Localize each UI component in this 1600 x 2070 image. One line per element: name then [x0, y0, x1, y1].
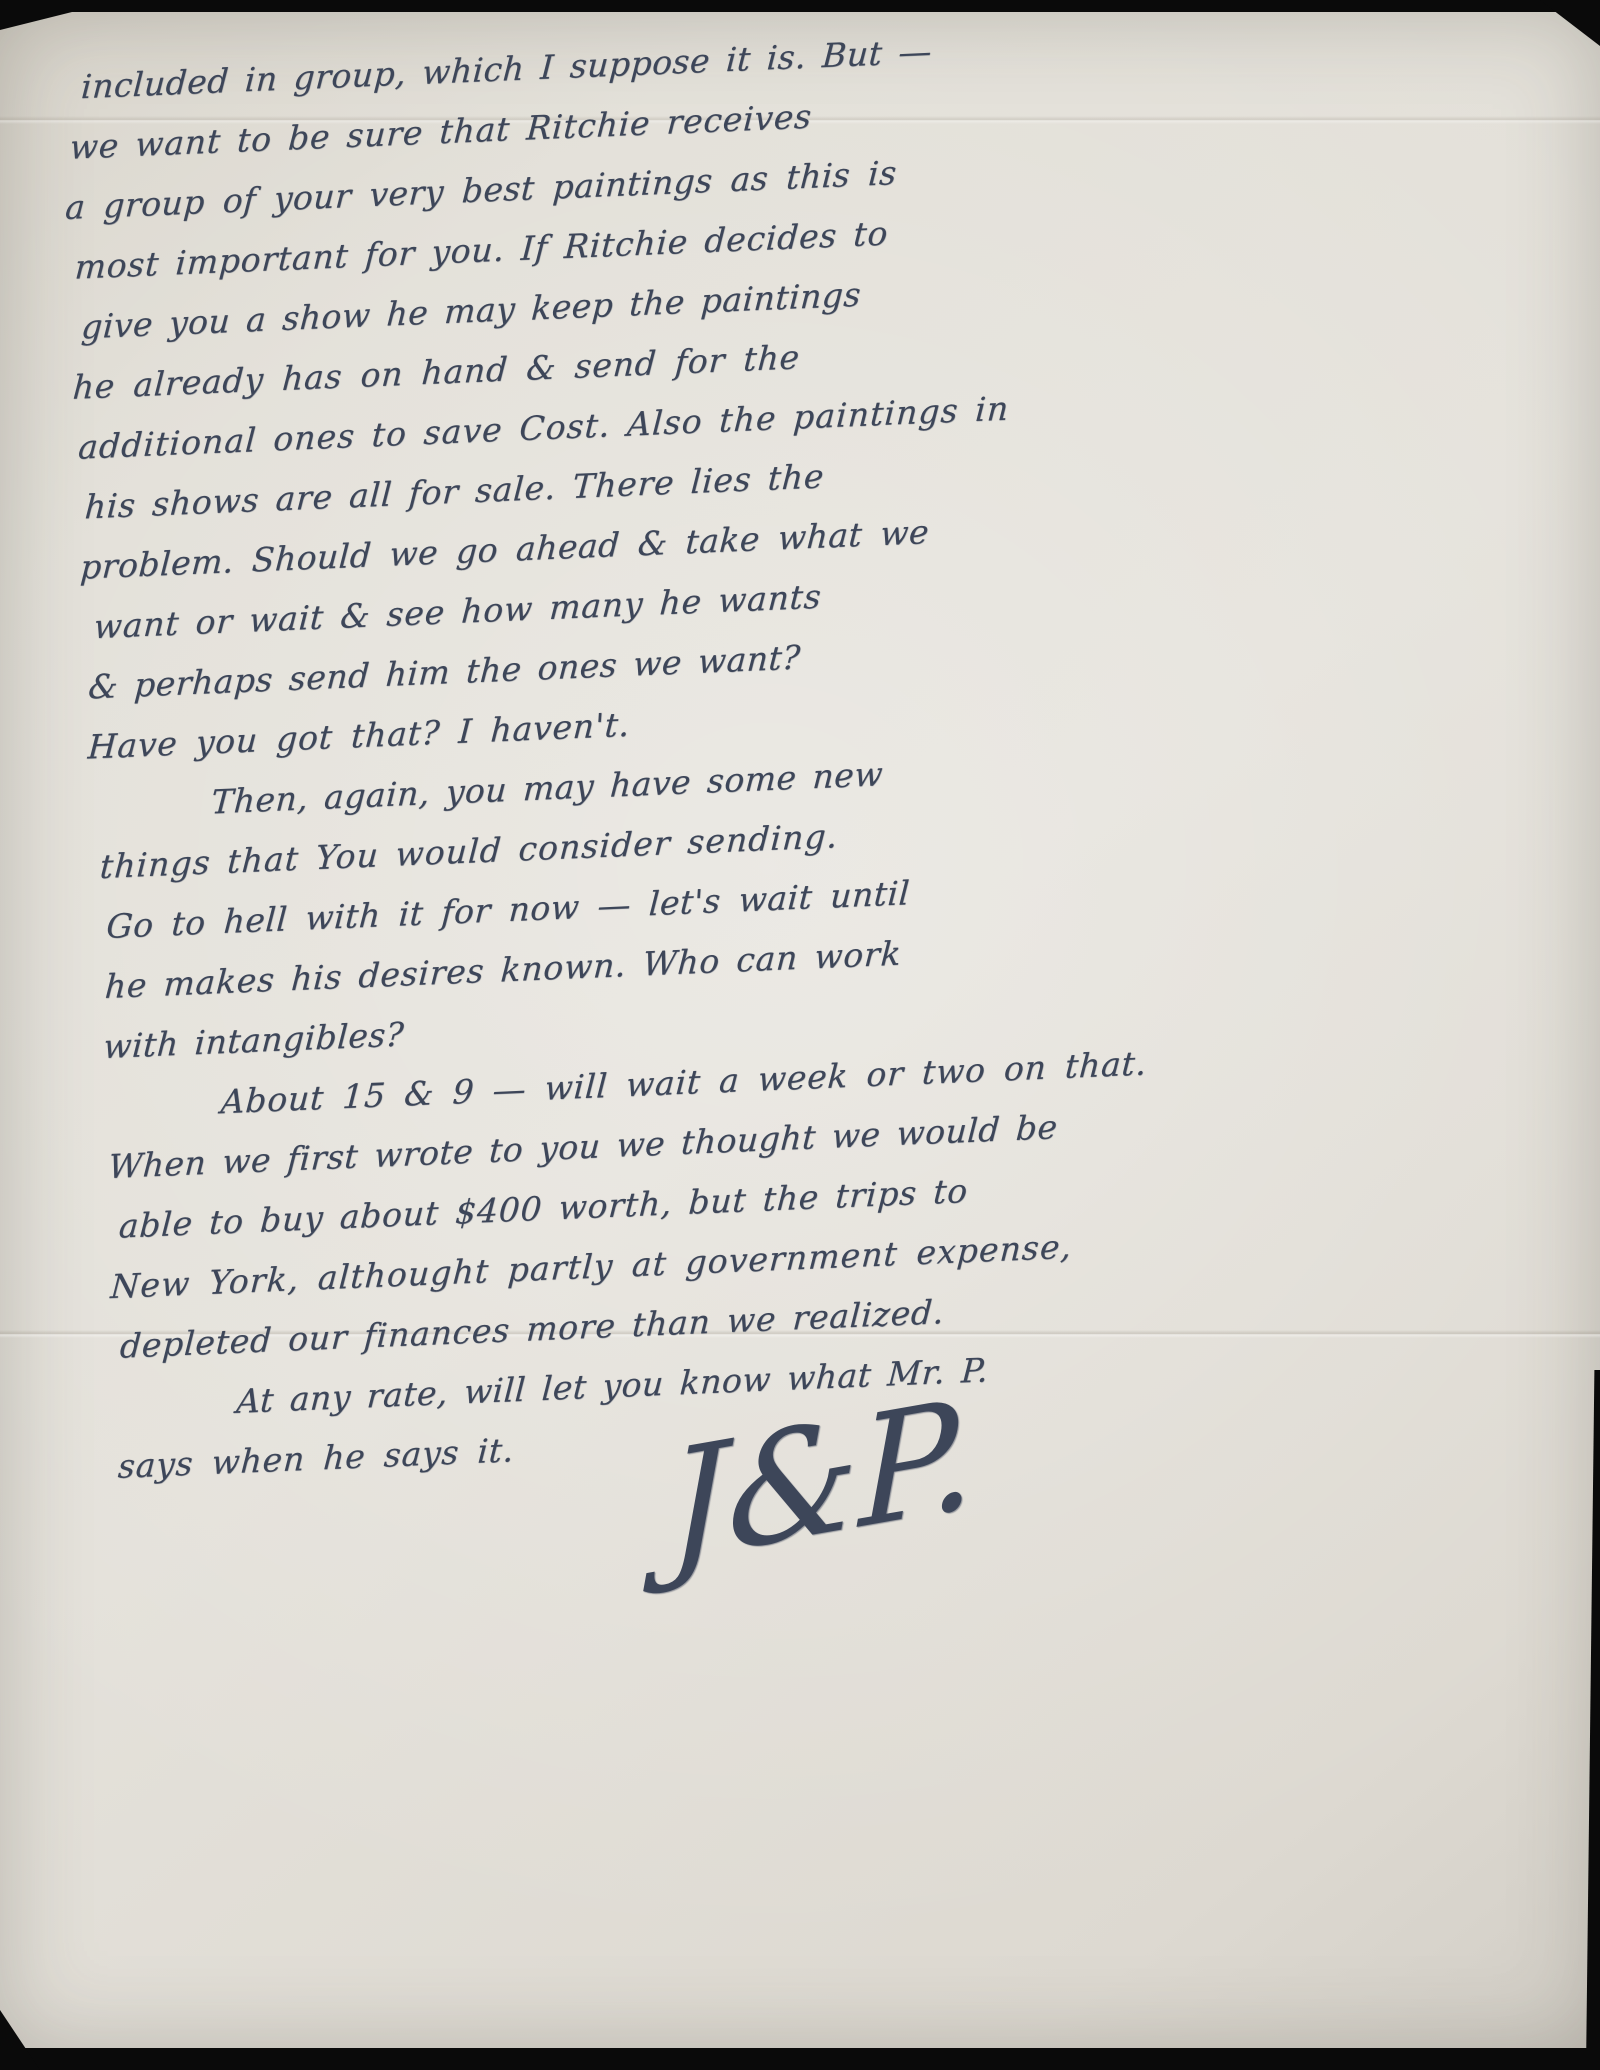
- letter-body-text: included in group, which I suppose it is…: [62, 2, 1461, 1497]
- scan-edge-top: [0, 0, 1600, 12]
- scanned-letter-page: included in group, which I suppose it is…: [0, 0, 1600, 2070]
- scan-edge-bottom: [0, 2048, 1600, 2070]
